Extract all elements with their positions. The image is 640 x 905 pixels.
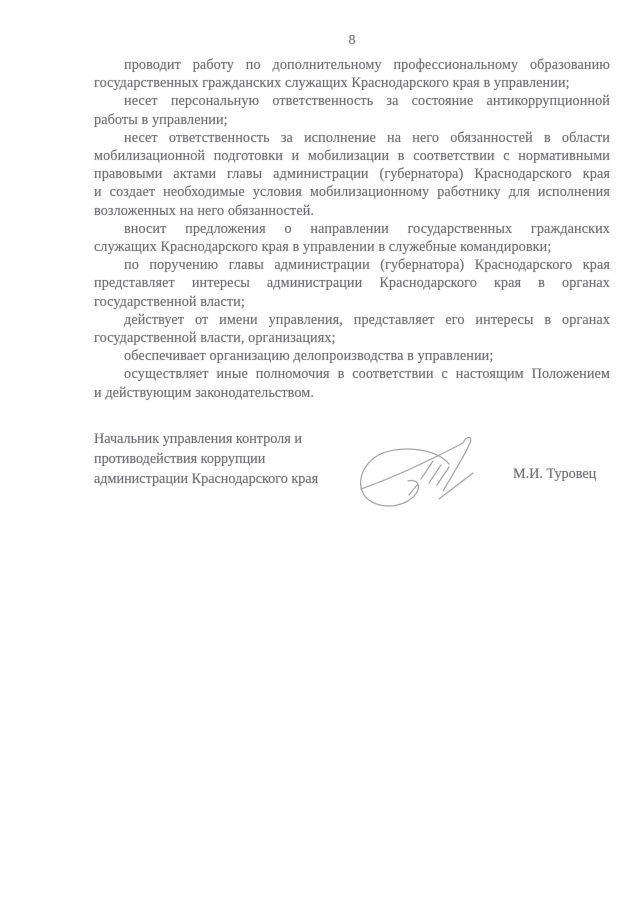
page-number: 8	[94, 33, 610, 49]
body-text-line: несет персональную ответственность за со…	[94, 92, 610, 110]
body-text-line: обеспечивает организацию делопроизводств…	[94, 347, 610, 365]
signatory-name: М.И. Туровец	[513, 466, 596, 483]
body-text-line: проводит работу по дополнительному профе…	[94, 56, 610, 74]
body-text-line: мобилизационной подготовки и мобилизации…	[94, 147, 610, 165]
signatory-title-line: администрации Краснодарского края	[94, 469, 364, 489]
body-text-line: по поручению главы администрации (губерн…	[94, 256, 610, 274]
scanned-document-page: 8 проводит работу по дополнительному про…	[0, 0, 640, 905]
body-text-line: вносит предложения о направлении государ…	[94, 220, 610, 238]
signatory-title-line: Начальник управления контроля и	[94, 429, 364, 449]
signatory-title: Начальник управления контроля ипротиводе…	[94, 429, 364, 489]
body-text-line: и действующим законодательством.	[94, 384, 610, 402]
body-text-line: правовыми актами главы администрации (гу…	[94, 165, 610, 183]
signatory-title-line: противодействия коррупции	[94, 449, 364, 469]
body-text-line: государственной власти, организациях;	[94, 329, 610, 347]
body-text-line: государственных гражданских служащих Кра…	[94, 74, 610, 92]
body-text-line: служащих Краснодарского края в управлени…	[94, 238, 610, 256]
body-text-line: работы в управлении;	[94, 111, 610, 129]
body-text-line: представляет интересы администрации Крас…	[94, 274, 610, 292]
body-text-line: несет ответственность за исполнение на н…	[94, 129, 610, 147]
body-text-line: возложенных на него обязанностей.	[94, 202, 610, 220]
body-text-line: действует от имени управления, представл…	[94, 311, 610, 329]
body-text-line: и создает необходимые условия мобилизаци…	[94, 183, 610, 201]
body-text-line: государственной власти;	[94, 293, 610, 311]
document-body-text: проводит работу по дополнительному профе…	[94, 56, 610, 402]
body-text-line: осуществляет иные полномочия в соответст…	[94, 365, 610, 383]
handwritten-signature	[351, 432, 485, 516]
